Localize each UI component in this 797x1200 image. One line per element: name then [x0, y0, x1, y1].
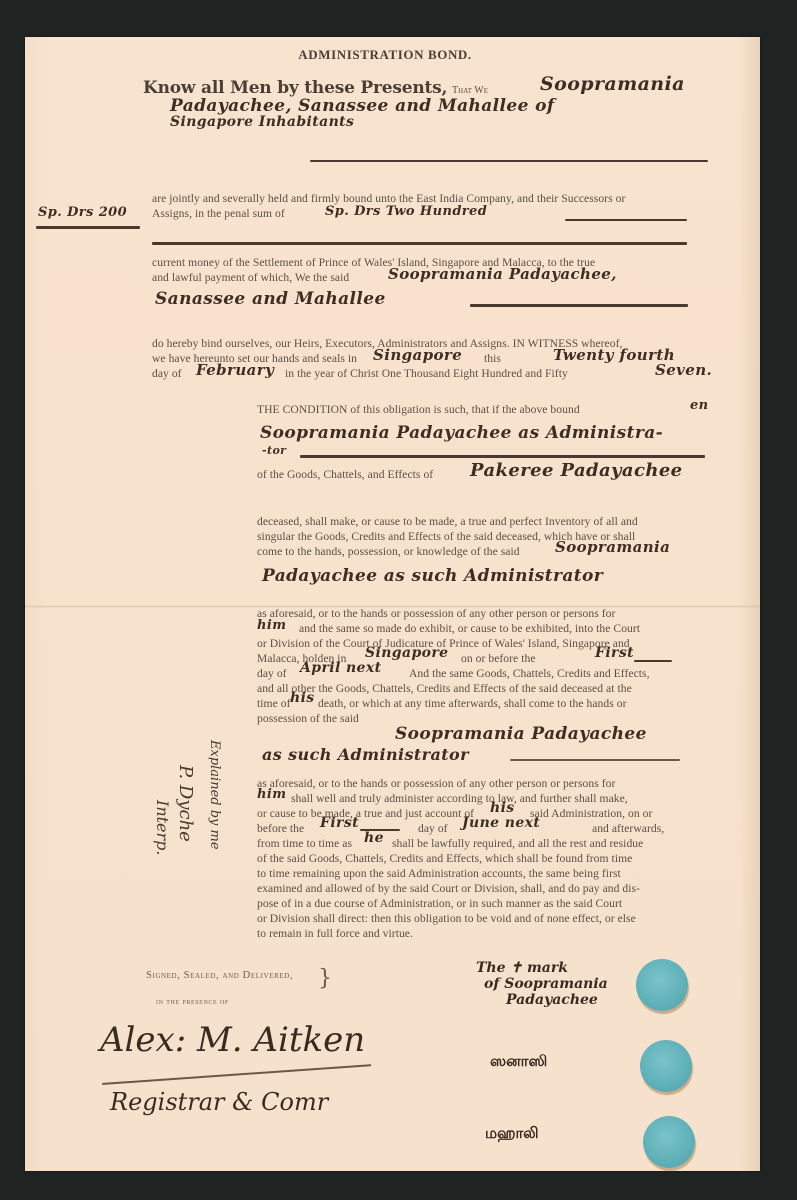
- signed-sealed-delivered: Signed, Sealed, and Delivered,: [146, 969, 293, 984]
- cond-l16-hand: his: [490, 800, 515, 816]
- document-title: ADMINISTRATION BOND.: [275, 47, 495, 63]
- cond-l22: pose of in a due course of Administratio…: [257, 897, 622, 912]
- cond-l1: deceased, shall make, or cause to be mad…: [257, 515, 638, 530]
- cond-l3: come to the hands, possession, or knowle…: [257, 545, 520, 560]
- cond-l24: to remain in full force and virtue.: [257, 927, 413, 942]
- cond-l20: to time remaining upon the said Administ…: [257, 867, 621, 882]
- cond-l17-month: June next: [462, 815, 540, 831]
- signatory-1-line2: of Soopramania: [476, 976, 608, 992]
- cond-l8b: on or before the: [461, 652, 536, 667]
- cond-l6-hand: him: [257, 618, 286, 633]
- deceased-hand: Pakeree Padayachee: [470, 460, 683, 481]
- cond-l17b: day of: [418, 822, 448, 837]
- cond-l17a: before the: [257, 822, 304, 837]
- month-hand: February: [196, 361, 274, 379]
- cond-l16a: or cause to be made, a true and just acc…: [257, 807, 474, 822]
- day-rule: [634, 660, 672, 662]
- cond-l18a: from time to time as: [257, 837, 352, 852]
- cond-l8-place: Singapore: [365, 645, 448, 661]
- cond-l15: shall well and truly administer accordin…: [291, 792, 628, 807]
- wax-seal-2: [640, 1040, 692, 1092]
- cond-l15-hand: him: [257, 787, 286, 802]
- margin-sum: Sp. Drs 200: [38, 205, 127, 220]
- obligors-hand-1: Soopramania Padayachee,: [388, 265, 617, 283]
- attestation-brace: }: [318, 966, 332, 991]
- signatory-3: மஹாலி: [485, 1124, 539, 1144]
- cond-l5: as aforesaid, or to the hands or possess…: [257, 607, 615, 622]
- wax-seal-1: [636, 959, 688, 1011]
- cond-l17c: and afterwards,: [592, 822, 664, 837]
- cond-l6: and the same so made do exhibit, or caus…: [299, 622, 640, 637]
- obligors-hand-2: Sanassee and Mahallee: [155, 289, 386, 309]
- cond-l17-day: First: [320, 815, 359, 831]
- sum-rule-full: [152, 242, 687, 245]
- witness-title: Registrar & Comr: [110, 1088, 328, 1116]
- para3-line3a: day of: [152, 367, 182, 382]
- cond-l18-hand: he: [364, 830, 384, 846]
- witness-signature: Alex: M. Aitken: [100, 1020, 365, 1060]
- administrator-hand: Soopramania Padayachee as Administra-: [260, 423, 663, 443]
- year-hand: Seven.: [655, 361, 712, 379]
- condition-line1: THE CONDITION of this obligation is such…: [257, 403, 580, 418]
- goods-line: of the Goods, Chattels, and Effects of: [257, 468, 433, 483]
- cond-l11-hand: his: [290, 690, 315, 706]
- cond-l9-month: April next: [300, 660, 381, 676]
- cond-l12: possession of the said: [257, 712, 359, 727]
- underline-rule: [310, 160, 708, 162]
- margin-sum-underline: [36, 226, 140, 229]
- signatory-1: The ✝ mark of Soopramania Padayachee: [476, 960, 608, 1008]
- bound-suffix-hand: en: [690, 398, 709, 413]
- administrator-hand-2: -tor: [262, 444, 286, 457]
- penal-sum-hand: Sp. Drs Two Hundred: [325, 204, 487, 219]
- margin-note-line2: P. Dyche: [175, 765, 196, 842]
- margin-note-line1: Explained by me: [207, 740, 222, 850]
- para3-line3b: in the year of Christ One Thousand Eight…: [285, 367, 568, 382]
- cond-l19: of the said Goods, Chattels, Credits and…: [257, 852, 632, 867]
- obligors-rule: [470, 304, 688, 307]
- cond-l9b: And the same Goods, Chattels, Credits an…: [409, 667, 650, 682]
- signatory-2: ஸனாஸி: [490, 1052, 547, 1072]
- cond-l14: as aforesaid, or to the hands or possess…: [257, 777, 615, 792]
- margin-note-line3: Interp.: [153, 800, 172, 856]
- administrator-rule: [300, 455, 705, 458]
- cond-l3-hand: Soopramania: [555, 538, 670, 556]
- cond-l18b: shall be lawfully required, and all the …: [392, 837, 643, 852]
- cond-l8-day: First: [595, 645, 634, 661]
- cond-l16b: said Administration, on or: [530, 807, 652, 822]
- wax-seal-3: [643, 1116, 695, 1168]
- obligor-name-2: Padayachee, Sanassee and Mahallee of: [170, 96, 555, 116]
- obligor-name-3: Singapore Inhabitants: [170, 114, 354, 130]
- cond-l21: examined and allowed of by the said Cour…: [257, 882, 640, 897]
- cond-l9a: day of: [257, 667, 287, 682]
- para2-line2: and lawful payment of which, We the said: [152, 271, 349, 286]
- cond-l11a: time of: [257, 697, 291, 712]
- obligor-name-1: Soopramania: [540, 73, 685, 95]
- cond-l4-hand: Padayachee as such Administrator: [262, 566, 603, 586]
- signatory-1-line3: Padayachee: [476, 992, 608, 1008]
- opening-phrase: Know all Men by these Presents,: [143, 78, 447, 98]
- para3-line2b: this: [484, 352, 501, 367]
- cond-l11b: death, or which at any time afterwards, …: [318, 697, 627, 712]
- place-hand: Singapore: [373, 346, 462, 364]
- cond-l23: or Division shall direct: then this obli…: [257, 912, 636, 927]
- para1-line2: Assigns, in the penal sum of: [152, 207, 285, 222]
- cond-l12-hand: Soopramania Padayachee: [395, 724, 647, 744]
- cond-l13-hand: as such Administrator: [262, 745, 469, 764]
- administrator-rule-2: [510, 759, 680, 761]
- in-presence-of: in the presence of: [156, 994, 229, 1009]
- signatory-1-line1: The ✝ mark: [476, 960, 608, 976]
- sum-rule: [565, 219, 687, 221]
